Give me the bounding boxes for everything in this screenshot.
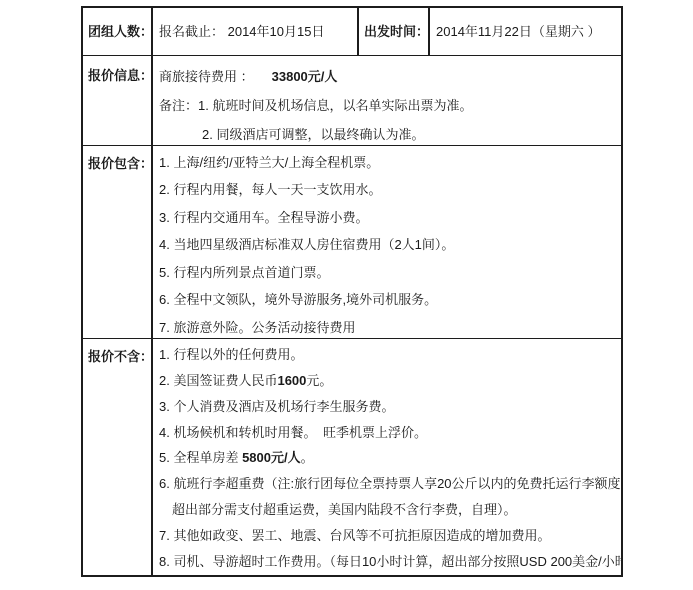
includes-item: 5. 行程内所列景点首道门票。	[159, 259, 617, 287]
excludes-item: 1. 行程以外的任何费用。	[159, 342, 617, 368]
departure-time-label: 出发时间：	[359, 8, 430, 55]
quote-excludes-content: 1. 行程以外的任何费用。 2. 美国签证费人民币1600元。 3. 个人消费及…	[153, 339, 621, 575]
fee-amount: 33800元/人	[272, 69, 338, 84]
excludes-item-text: 5. 全程单房差	[159, 450, 242, 465]
excludes-item: 8. 司机、导游超时工作费用。（每日10小时计算，超出部分按照USD 200美金…	[159, 549, 617, 575]
quote-includes-content: 1. 上海/纽约/亚特兰大/上海全程机票。 2. 行程内用餐，每人一天一支饮用水…	[153, 146, 621, 338]
excludes-item: 4. 机场候机和转机时用餐。 旺季机票上浮价。	[159, 420, 617, 446]
fee-label: 商旅接待费用 ：	[159, 69, 254, 84]
note-line-2: 2. 同级酒店可调整，以最终确认为准。	[159, 120, 617, 145]
table-row-group-size: 团组人数： 报名截止： 2014年10月15日 出发时间： 2014年11月22…	[83, 8, 621, 56]
document-page: 团组人数： 报名截止： 2014年10月15日 出发时间： 2014年11月22…	[0, 0, 693, 590]
quote-info-label: 报价信息：	[83, 56, 153, 145]
excludes-item: 6. 航班行李超重费（注:旅行团每位全票持票人享20公斤以内的免费托运行李额度,	[159, 471, 617, 497]
quote-includes-label: 报价包含：	[83, 146, 153, 338]
excludes-item-text: 2. 美国签证费人民币	[159, 373, 277, 388]
excludes-item-text: 元。	[306, 373, 332, 388]
fee-line: 商旅接待费用 ：33800元/人	[159, 62, 617, 91]
single-room-fee-amount: 5800元/人	[242, 450, 301, 465]
includes-item: 6. 全程中文领队，境外导游服务,境外司机服务。	[159, 286, 617, 314]
excludes-item: 3. 个人消费及酒店及机场行李生服务费。	[159, 394, 617, 420]
includes-item: 1. 上海/纽约/亚特兰大/上海全程机票。	[159, 149, 617, 177]
excludes-item: 2. 美国签证费人民币1600元。	[159, 368, 617, 394]
includes-item: 3. 行程内交通用车。全程导游小费。	[159, 204, 617, 232]
excludes-item: 7. 其他如政变、罢工、地震、台风等不可抗拒原因造成的增加费用。	[159, 523, 617, 549]
table-row-quote-includes: 报价包含： 1. 上海/纽约/亚特兰大/上海全程机票。 2. 行程内用餐，每人一…	[83, 146, 621, 339]
travel-quotation-table: 团组人数： 报名截止： 2014年10月15日 出发时间： 2014年11月22…	[81, 6, 623, 577]
excludes-item: 5. 全程单房差 5800元/人。	[159, 445, 617, 471]
group-size-label: 团组人数：	[83, 8, 153, 55]
table-row-quote-excludes: 报价不含： 1. 行程以外的任何费用。 2. 美国签证费人民币1600元。 3.…	[83, 339, 621, 575]
excludes-item-continuation: 超出部分需支付超重运费，美国内陆段不含行李费，自理）。	[159, 497, 617, 523]
includes-item: 7. 旅游意外险。公务活动接待费用	[159, 314, 617, 338]
departure-date-value: 2014年11月22日（星期六 ）	[430, 8, 621, 55]
includes-item: 2. 行程内用餐，每人一天一支饮用水。	[159, 176, 617, 204]
visa-fee-amount: 1600	[277, 373, 306, 388]
quote-info-content: 商旅接待费用 ：33800元/人 备注：1. 航班时间及机场信息，以名单实际出票…	[153, 56, 621, 145]
registration-deadline: 报名截止： 2014年10月15日	[153, 8, 359, 55]
note-line-1: 备注：1. 航班时间及机场信息，以名单实际出票为准。	[159, 91, 617, 120]
includes-item: 4. 当地四星级酒店标准双人房住宿费用（2人1间）。	[159, 231, 617, 259]
quote-excludes-label: 报价不含：	[83, 339, 153, 575]
excludes-item-text: 。	[301, 450, 314, 465]
table-row-quote-info: 报价信息： 商旅接待费用 ：33800元/人 备注：1. 航班时间及机场信息，以…	[83, 56, 621, 146]
